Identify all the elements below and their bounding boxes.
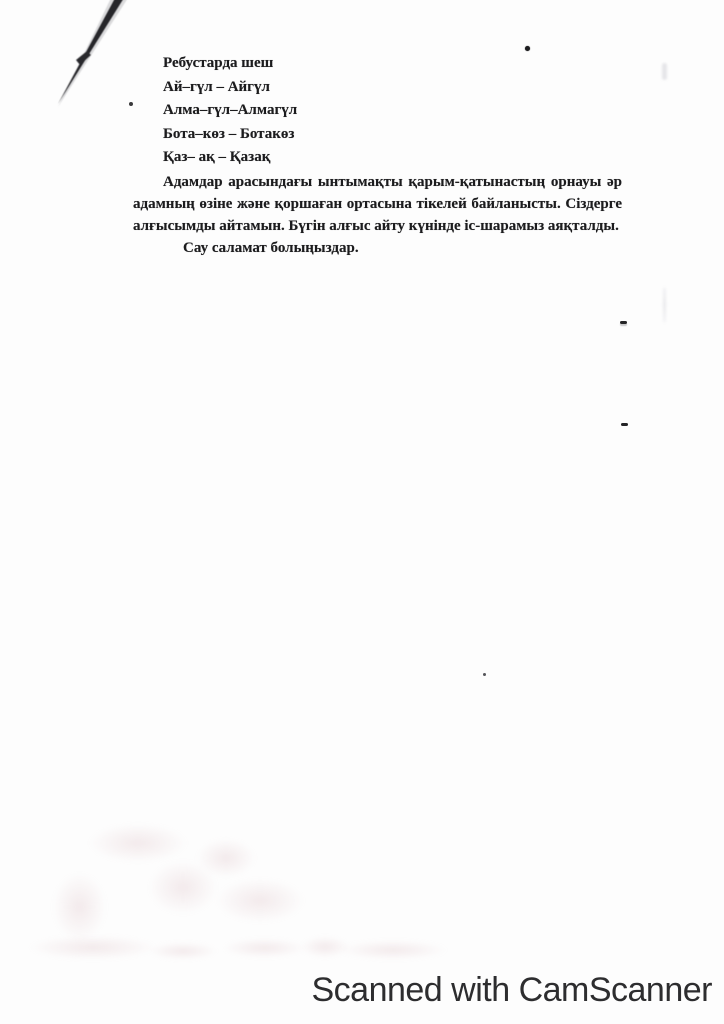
- pen-mark: [0, 0, 150, 120]
- ink-speck: [483, 673, 486, 676]
- rebus-item: Бота–көз – Ботакөз: [163, 123, 622, 147]
- rebus-item: Ай–гүл – Айгүл: [163, 76, 622, 100]
- ink-speck: [620, 321, 627, 324]
- bleedthrough-smudge: [52, 872, 107, 942]
- bleedthrough-smudge: [215, 878, 305, 923]
- closing-line: Сау саламат болыңыздар.: [183, 237, 622, 259]
- faint-scan-streak: [663, 288, 666, 322]
- ink-speck: [129, 102, 133, 106]
- ink-speck: [621, 423, 628, 426]
- rebus-item: Алма–гүл–Алмагүл: [163, 99, 622, 123]
- rebus-title: Ребустарда шеш: [163, 52, 622, 76]
- rebus-item: Қаз– ақ – Қазақ: [163, 146, 622, 170]
- bleedthrough-smudge: [338, 940, 448, 960]
- bleedthrough-smudge: [88, 823, 188, 863]
- bleedthrough-smudge: [148, 942, 218, 960]
- ink-speck: [525, 46, 530, 51]
- document-text-block: Ребустарда шеш Ай–гүл – Айгүл Алма–гүл–А…: [133, 52, 622, 259]
- bleedthrough-smudge: [196, 838, 256, 878]
- body-paragraph: Адамдар арасындағы ынтымақты қарым-қатын…: [133, 171, 622, 237]
- scanned-page: Ребустарда шеш Ай–гүл – Айгүл Алма–гүл–А…: [0, 0, 724, 1024]
- faint-scan-mark: [662, 63, 667, 80]
- bleedthrough-smudge: [28, 935, 158, 960]
- bleedthrough-smudge: [222, 938, 307, 958]
- camscanner-watermark: Scanned with CamScanner: [311, 971, 712, 1010]
